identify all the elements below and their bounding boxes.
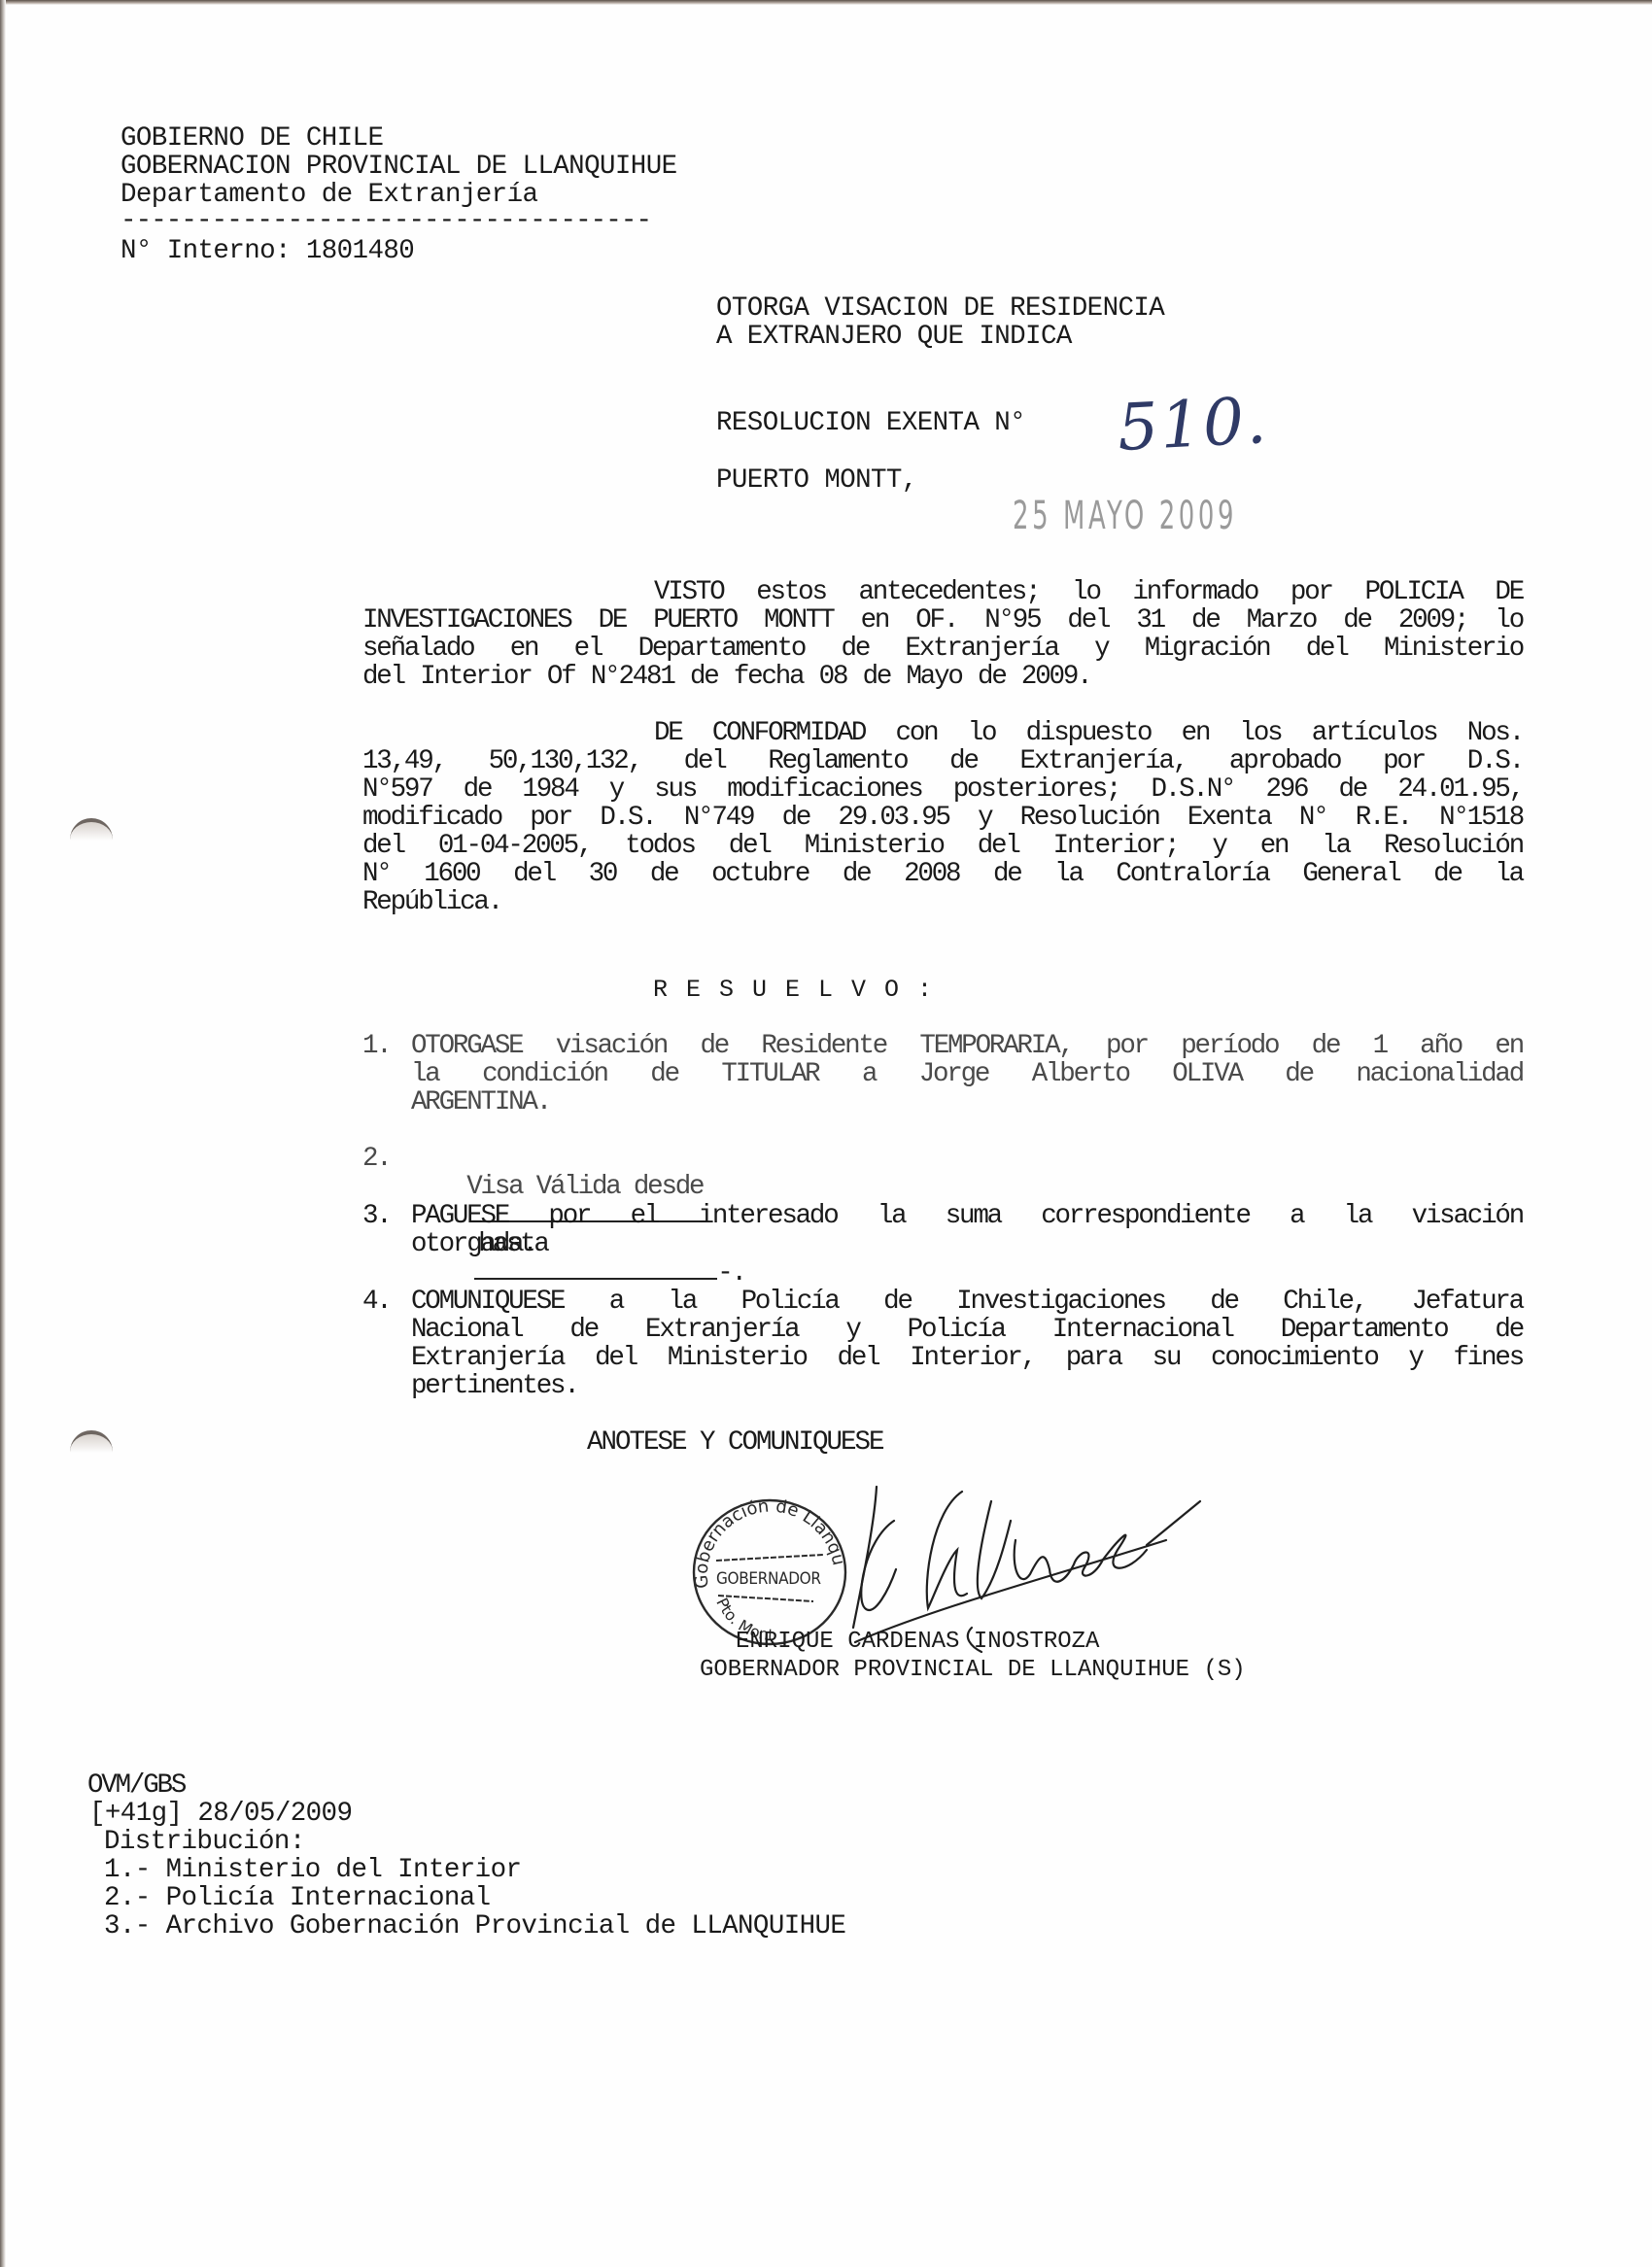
internal-number-label: N° Interno:	[120, 236, 291, 266]
city: PUERTO MONTT,	[716, 466, 917, 495]
item-line: la condición de TITULAR a Jorge Alberto …	[411, 1060, 1523, 1088]
conformidad-line: N° 1600 del 30 de octubre de 2008 de la …	[362, 860, 1523, 888]
item-number: 4.	[362, 1288, 391, 1316]
signatory-title: GOBERNADOR PROVINCIAL DE LLANQUIHUE (S)	[700, 1656, 1246, 1684]
conformidad-line: 13,49, 50,130,132, del Reglamento de Ext…	[362, 747, 1523, 775]
valid-until-blank[interactable]	[474, 1258, 717, 1280]
gobernacion-name: GOBERNACION PROVINCIAL DE LLANQUIHUE	[120, 153, 677, 181]
signatory-name: ENRIQUE CARDENAS INOSTROZA	[736, 1628, 1099, 1656]
item-line: Nacional de Extranjería y Policía Intern…	[411, 1316, 1523, 1344]
scan-edge-left	[0, 0, 6, 2267]
document-reference: [+41g] 28/05/2009	[89, 1800, 352, 1828]
visto-line: señalado en el Departamento de Extranjer…	[362, 635, 1523, 663]
resuelvo-heading: R E S U E L V O :	[653, 976, 934, 1004]
visto-line: INVESTIGACIONES DE PUERTO MONTT en OF. N…	[362, 606, 1523, 635]
header-separator: -----------------------------------	[120, 207, 651, 235]
conformidad-line: del 01-04-2005, todos del Ministerio del…	[362, 832, 1523, 860]
item-line: OTORGASE visación de Residente TEMPORARI…	[411, 1032, 1523, 1060]
conformidad-line: DE CONFORMIDAD con lo dispuesto en los a…	[362, 719, 1523, 747]
seal-center-text: GOBERNADOR	[716, 1569, 821, 1589]
conformidad-line: República.	[362, 888, 1523, 916]
distribution-item: 1.- Ministerio del Interior	[104, 1856, 521, 1884]
item-line: COMUNIQUESE a la Policía de Investigacio…	[411, 1288, 1523, 1316]
punch-hole-icon	[70, 818, 113, 845]
internal-number-value: 1801480	[306, 236, 414, 266]
conformidad-line: modificado por D.S. N°749 de 29.03.95 y …	[362, 804, 1523, 832]
conformidad-paragraph: DE CONFORMIDAD con lo dispuesto en los a…	[362, 719, 1523, 916]
visto-line: VISTO estos antecedentes; lo informado p…	[362, 578, 1523, 606]
item-2-suffix: -.	[717, 1258, 745, 1288]
official-seal-icon: Gobernación de Llanquihue GOBERNADOR Pto…	[687, 1494, 852, 1650]
visa-valid-from-label: Visa Válida desde	[466, 1172, 703, 1202]
item-line: pertinentes.	[411, 1372, 1523, 1400]
item-number: 2.	[362, 1145, 391, 1173]
scan-edge-top	[0, 0, 1652, 5]
distribution-item: 3.- Archivo Gobernación Provincial de LL…	[104, 1912, 845, 1941]
conformidad-line: N°597 de 1984 y sus modificaciones poste…	[362, 775, 1523, 804]
distribution-item: 2.- Policía Internacional	[104, 1884, 491, 1912]
visto-line: del Interior Of N°2481 de fecha 08 de Ma…	[362, 663, 1523, 691]
department-name: Departamento de Extranjería	[120, 181, 537, 209]
handwritten-resolution-number: 510.	[1116, 383, 1270, 465]
internal-number: N° Interno: 1801480	[120, 237, 414, 265]
item-number: 1.	[362, 1032, 391, 1060]
subject-line-1: OTORGA VISACION DE RESIDENCIA	[716, 294, 1164, 323]
visto-paragraph: VISTO estos antecedentes; lo informado p…	[362, 578, 1523, 691]
resolution-label: RESOLUCION EXENTA N°	[716, 409, 1025, 437]
item-line: PAGUESE por el interesado la suma corres…	[411, 1202, 1523, 1230]
punch-hole-icon	[70, 1430, 113, 1458]
item-number: 3.	[362, 1202, 391, 1230]
item-line: Extranjería del Ministerio del Interior,…	[411, 1344, 1523, 1372]
item-line: ARGENTINA.	[411, 1088, 1523, 1116]
item-line: otorgada.	[411, 1230, 1523, 1258]
typist-initials: OVM/GBS	[87, 1771, 185, 1800]
distribution-label: Distribución:	[104, 1828, 305, 1856]
subject-line-2: A EXTRANJERO QUE INDICA	[716, 323, 1072, 351]
date-stamp: 25 MAYO 2009	[1013, 494, 1237, 538]
closing-text: ANOTESE Y COMUNIQUESE	[587, 1428, 883, 1457]
government-name: GOBIERNO DE CHILE	[120, 124, 383, 153]
